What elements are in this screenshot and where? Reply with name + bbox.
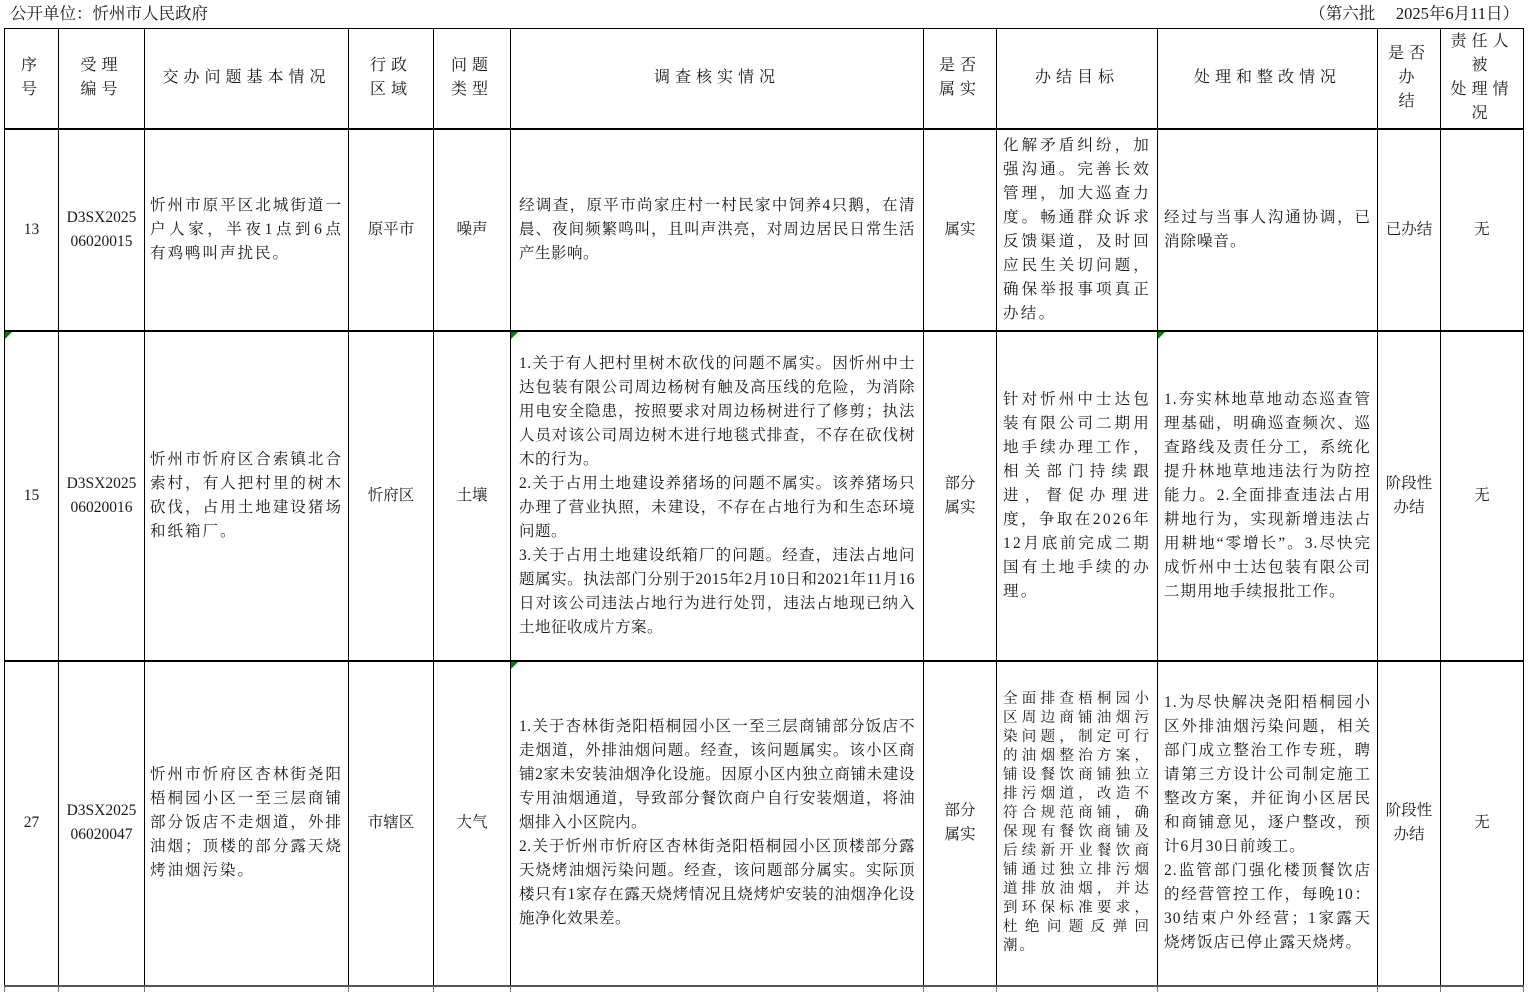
cell-accountability: 无: [1441, 661, 1524, 986]
table-row-15: 15 D3SX2025 06020016 忻州市忻府区合索镇北合索村，有人把村里…: [5, 331, 1524, 661]
cell-region: 原平市: [349, 129, 434, 331]
cell-type: 大气: [434, 661, 511, 986]
header-status: 是否办 结: [1378, 29, 1441, 129]
cell-investigation: 经调查，原平市尚家庄村一村民家中饲养4只鹅，在清晨、夜间频繁鸣叫，且叫声洪亮，对…: [511, 129, 924, 331]
cell-verified: 属实: [924, 129, 997, 331]
cell-handling: 1.为尽快解决尧阳梧桐园小区外排油烟污染问题，相关部门成立整治工作专班，聘请第三…: [1158, 661, 1378, 986]
error-indicator-triangle: [511, 662, 518, 669]
header-accountability: 责任人被 处理情况: [1441, 29, 1524, 129]
header-seq: 序 号: [5, 29, 59, 129]
cell-target: 全面排查梧桐园小区周边商铺油烟污染问题，制定可行的油烟整治方案，铺设餐饮商铺独立…: [997, 661, 1158, 986]
cell-accountability: 无: [1441, 129, 1524, 331]
cell-handling: 1.夯实林地草地动态巡查管理基础，明确巡查频次、巡查路线及责任分工，系统化提升林…: [1158, 331, 1378, 661]
cell-seq: 27: [5, 661, 59, 986]
cell-region: 忻府区: [349, 331, 434, 661]
error-indicator-triangle: [5, 332, 12, 339]
complaints-table: 序 号 受理 编号 交办问题基本情况 行政 区域 问题 类型 调查核实情况 是否…: [4, 28, 1524, 992]
cell-status: 阶段性 办结: [1378, 661, 1441, 986]
cell-problem: 忻州市忻府区合索镇北合索村，有人把村里的树木砍伐，占用土地建设猪场和纸箱厂。: [145, 331, 349, 661]
cell-investigation: 1.关于杏林街尧阳梧桐园小区一至三层商铺部分饭店不走烟道，外排油烟问题。经查，该…: [511, 661, 924, 986]
title-bar: 公开单位：忻州市人民政府 （第六批 2025年6月11日）: [4, 0, 1523, 28]
cell-type: 噪声: [434, 129, 511, 331]
cell-seq: 15: [5, 331, 59, 661]
cell-id: D3SX2025 06020016: [59, 331, 145, 661]
header-region: 行政 区域: [349, 29, 434, 129]
cell-problem: 忻州市忻府区杏林街尧阳梧桐园小区一至三层商铺部分饭店不走烟道，外排油烟；顶楼的部…: [145, 661, 349, 986]
publishing-unit-label: 公开单位：忻州市人民政府: [10, 0, 208, 27]
error-indicator-triangle: [511, 332, 518, 339]
published-table-sheet: 公开单位：忻州市人民政府 （第六批 2025年6月11日） 序 号 受理 编号 …: [0, 0, 1531, 992]
cell-accountability: 无: [1441, 331, 1524, 661]
cell-verified: 部分 属实: [924, 661, 997, 986]
cell-status: 阶段性 办结: [1378, 331, 1441, 661]
header-investigation: 调查核实情况: [511, 29, 924, 129]
next-row-sliver: [5, 986, 1524, 992]
header-verified: 是否 属实: [924, 29, 997, 129]
cell-target: 化解矛盾纠纷，加强沟通。完善长效管理，加大巡查力度。畅通群众诉求反馈渠道，及时回…: [997, 129, 1158, 331]
cell-type: 土壤: [434, 331, 511, 661]
cell-target: 针对忻州中士达包装有限公司二期用地手续办理工作，相关部门持续跟进，督促办理进度，…: [997, 331, 1158, 661]
cell-id: D3SX2025 06020047: [59, 661, 145, 986]
header-problem: 交办问题基本情况: [145, 29, 349, 129]
cell-problem: 忻州市原平区北城街道一户人家，半夜1点到6点有鸡鸭叫声扰民。: [145, 129, 349, 331]
header-id: 受理 编号: [59, 29, 145, 129]
header-type: 问题 类型: [434, 29, 511, 129]
cell-id: D3SX2025 06020015: [59, 129, 145, 331]
cell-investigation: 1.关于有人把村里树木砍伐的问题不属实。因忻州中士达包装有限公司周边杨树有触及高…: [511, 331, 924, 661]
batch-date-label: （第六批 2025年6月11日）: [1309, 0, 1519, 27]
cell-handling: 经过与当事人沟通协调，已消除噪音。: [1158, 129, 1378, 331]
header-target: 办结目标: [997, 29, 1158, 129]
table-row-27: 27 D3SX2025 06020047 忻州市忻府区杏林街尧阳梧桐园小区一至三…: [5, 661, 1524, 986]
cell-status: 已办结: [1378, 129, 1441, 331]
header-row: 序 号 受理 编号 交办问题基本情况 行政 区域 问题 类型 调查核实情况 是否…: [5, 29, 1524, 129]
cell-verified: 部分 属实: [924, 331, 997, 661]
cell-region: 市辖区: [349, 661, 434, 986]
error-indicator-triangle: [1158, 332, 1165, 339]
table-row-13: 13 D3SX2025 06020015 忻州市原平区北城街道一户人家，半夜1点…: [5, 129, 1524, 331]
cell-seq: 13: [5, 129, 59, 331]
header-handling: 处理和整改情况: [1158, 29, 1378, 129]
